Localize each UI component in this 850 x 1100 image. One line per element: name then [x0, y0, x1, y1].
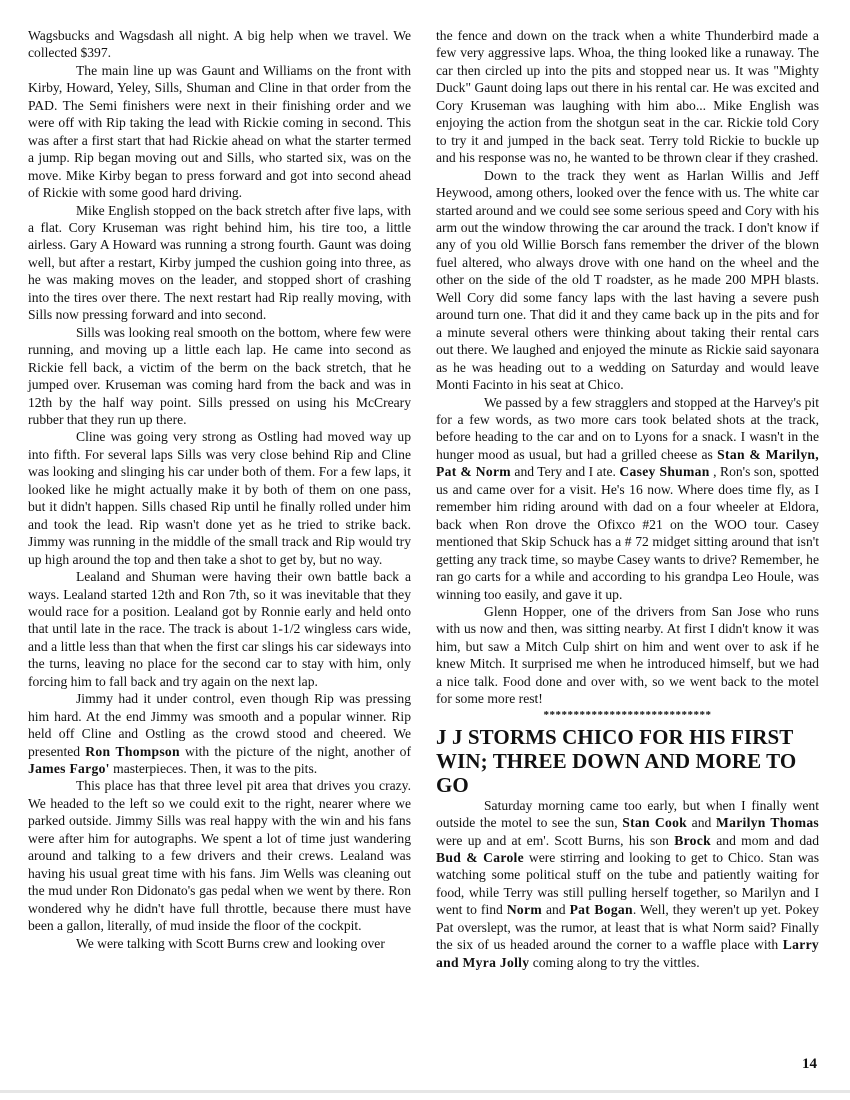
- bold-name: Marilyn Thomas: [716, 815, 819, 830]
- paragraph: We were talking with Scott Burns crew an…: [28, 935, 411, 952]
- right-column: the fence and down on the track when a w…: [436, 27, 819, 971]
- paragraph: Sills was looking real smooth on the bot…: [28, 324, 411, 429]
- text-run: and Tery and I ate.: [511, 464, 620, 479]
- text-run: and mom and dad: [711, 833, 819, 848]
- bold-name: Pat Bogan: [570, 902, 633, 917]
- paragraph: Wagsbucks and Wagsdash all night. A big …: [28, 27, 411, 62]
- text-run: and: [687, 815, 716, 830]
- newsletter-page: Wagsbucks and Wagsdash all night. A big …: [0, 0, 850, 1100]
- text-run: , Ron's son, spotted us and came over fo…: [436, 464, 819, 601]
- paragraph: The main line up was Gaunt and Williams …: [28, 62, 411, 202]
- section-separator: ****************************: [436, 709, 819, 721]
- page-number: 14: [802, 1056, 817, 1073]
- text-run: were up and at em'. Scott Burns, his son: [436, 833, 674, 848]
- paragraph: the fence and down on the track when a w…: [436, 27, 819, 167]
- page-bottom-edge: [0, 1090, 850, 1093]
- paragraph: We passed by a few stragglers and stoppe…: [436, 394, 819, 603]
- paragraph: Saturday morning came too early, but whe…: [436, 797, 819, 972]
- bold-name: Norm: [507, 902, 542, 917]
- left-column: Wagsbucks and Wagsdash all night. A big …: [28, 27, 411, 952]
- text-run: with the picture of the night, another o…: [180, 744, 411, 759]
- bold-name: Casey Shuman: [619, 464, 709, 479]
- paragraph: Down to the track they went as Harlan Wi…: [436, 167, 819, 394]
- text-run: coming along to try the vittles.: [529, 955, 699, 970]
- paragraph: Cline was going very strong as Ostling h…: [28, 428, 411, 568]
- paragraph: Lealand and Shuman were having their own…: [28, 568, 411, 690]
- paragraph: This place has that three level pit area…: [28, 777, 411, 934]
- bold-name: Ron Thompson: [85, 744, 180, 759]
- paragraph: Glenn Hopper, one of the drivers from Sa…: [436, 603, 819, 708]
- text-run: and: [542, 902, 570, 917]
- paragraph: Jimmy had it under control, even though …: [28, 690, 411, 777]
- bold-name: Brock: [674, 833, 711, 848]
- text-run: masterpieces. Then, it was to the pits.: [110, 761, 317, 776]
- article-headline: J J STORMS CHICO FOR HIS FIRST WIN; THRE…: [436, 725, 819, 797]
- bold-name: James Fargo': [28, 761, 110, 776]
- bold-name: Stan Cook: [622, 815, 687, 830]
- paragraph: Mike English stopped on the back stretch…: [28, 202, 411, 324]
- bold-name: Bud & Carole: [436, 850, 524, 865]
